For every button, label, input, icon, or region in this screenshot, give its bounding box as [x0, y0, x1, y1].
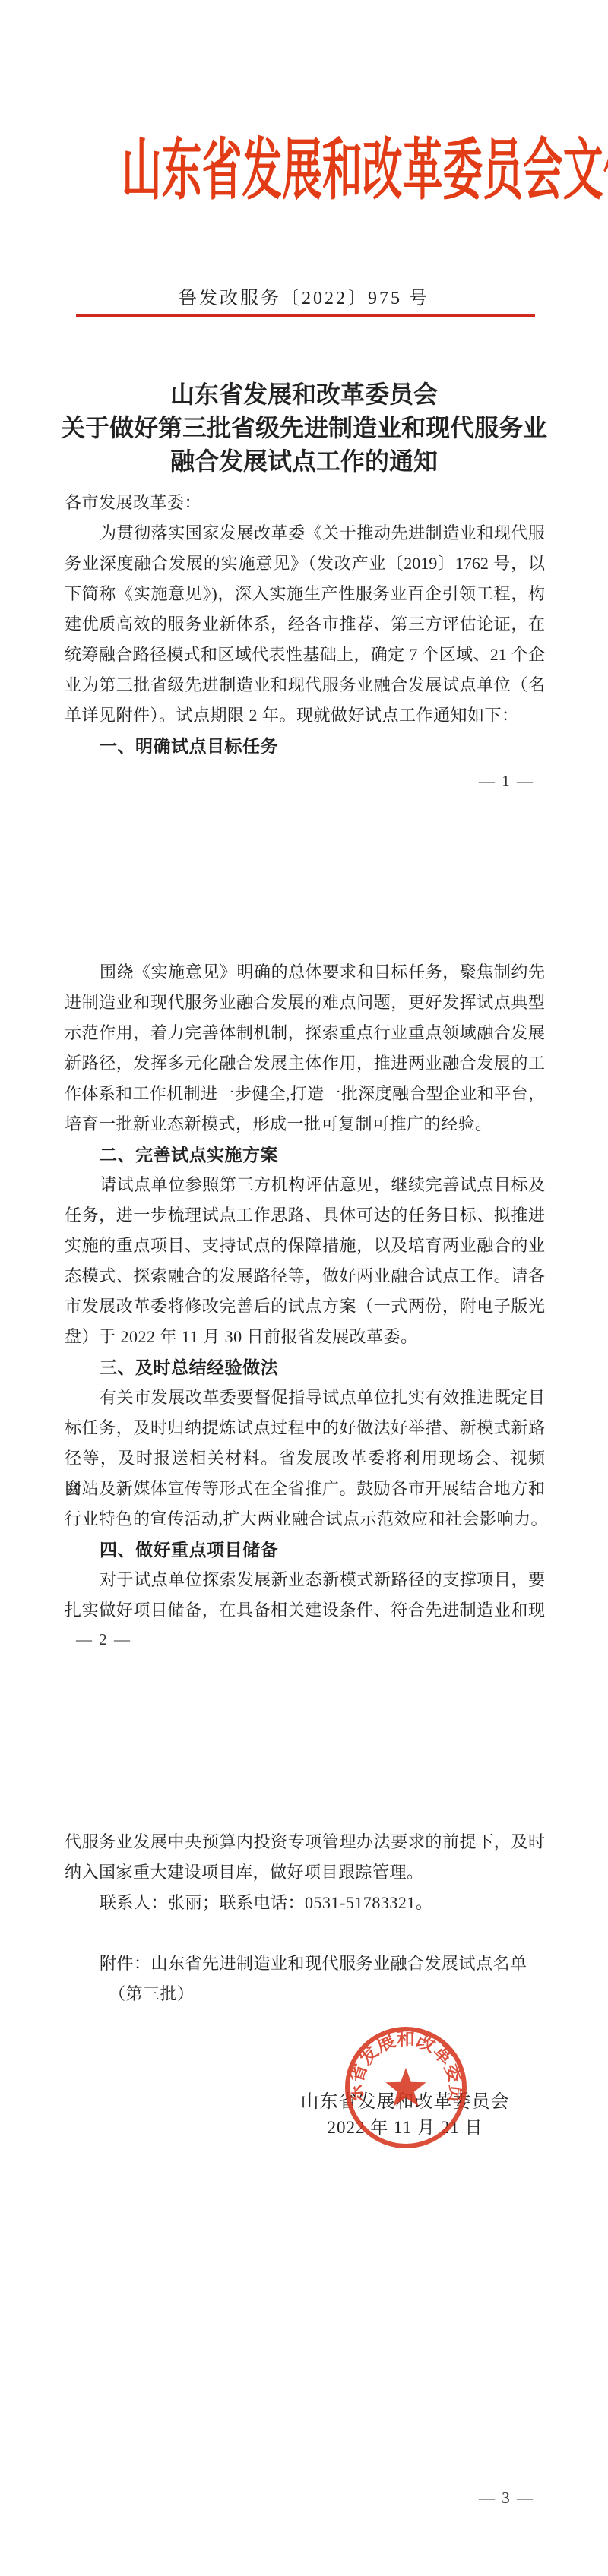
- page-3-number: — 3 —: [479, 2489, 534, 2508]
- text-line: 联系人：张丽；联系电话：0531-51783321。: [65, 1888, 545, 1918]
- text-line: 代服务业发展中央预算内投资专项管理办法要求的前提下，及时: [65, 1827, 545, 1857]
- text-line: 建优质高效的服务业新体系，经各市推荐、第三方评估论证，在: [65, 609, 545, 640]
- scanned-document: 山东省发展和改革委员会文件 鲁发改服务〔2022〕975 号 山东省发展和改革委…: [0, 0, 608, 2576]
- text-line: 统筹融合路径模式和区域代表性基础上，确定 7 个区域、21 个企: [65, 640, 545, 670]
- text-line: 二、完善试点实施方案: [65, 1139, 545, 1170]
- document-title-line-2: 关于做好第三批省级先进制造业和现代服务业: [0, 411, 608, 444]
- page-2-body: 围绕《实施意见》明确的总体要求和目标任务，聚焦制约先进制造业和现代服务业融合发展…: [65, 957, 545, 1626]
- text-line: 进制造业和现代服务业融合发展的难点问题，更好发挥试点典型: [65, 988, 545, 1018]
- text-line: 径等，及时报送相关材料。省发展改革委将利用现场会、视频会、: [65, 1443, 545, 1474]
- text-line: 务业深度融合发展的实施意见》（发改产业〔2019〕1762 号，以: [65, 548, 545, 579]
- page-1-number: — 1 —: [479, 772, 534, 791]
- text-line: 盘）于 2022 年 11 月 30 日前报省发展改革委。: [65, 1322, 545, 1352]
- text-line: 任务，进一步梳理试点工作思路、具体可达的任务目标、拟推进: [65, 1200, 545, 1231]
- text-line: 市发展改革委将修改完善后的试点方案（一式两份，附电子版光: [65, 1291, 545, 1322]
- letterhead-title: 山东省发展和改革委员会文件: [122, 134, 486, 210]
- text-line: 作体系和工作机制进一步健全,打造一批深度融合型企业和平台，: [65, 1079, 545, 1109]
- text-line: 态模式、探索融合的发展路径等，做好两业融合试点工作。请各: [65, 1261, 545, 1291]
- text-line: 实施的重点项目、支持试点的保障措施，以及培育两业融合的业: [65, 1231, 545, 1261]
- seal-star-icon: [385, 2068, 426, 2107]
- text-line: 四、做好重点项目储备: [65, 1535, 545, 1565]
- text-line: 行业特色的宣传活动,扩大两业融合试点示范效应和社会影响力。: [65, 1504, 545, 1535]
- page-1-body: 各市发展改革委：为贯彻落实国家发展改革委《关于推动先进制造业和现代服务业深度融合…: [65, 488, 545, 761]
- text-line: 三、及时总结经验做法: [65, 1352, 545, 1383]
- text-line: 一、明确试点目标任务: [65, 731, 545, 761]
- text-line: [65, 1918, 545, 1949]
- text-line: 纳入国家重大建设项目库，做好项目跟踪管理。: [65, 1857, 545, 1888]
- text-line: 有关市发展改革委要督促指导试点单位扎实有效推进既定目: [65, 1383, 545, 1413]
- text-line: 下简称《实施意见》)，深入实施生产性服务业百企引领工程，构: [65, 579, 545, 609]
- text-line: （第三批）: [65, 1979, 545, 2009]
- document-title-line-3: 融合发展试点工作的通知: [0, 444, 608, 478]
- text-line: 为贯彻落实国家发展改革委《关于推动先进制造业和现代服: [65, 518, 545, 548]
- text-line: 单详见附件）。试点期限 2 年。现就做好试点工作通知如下：: [65, 700, 545, 731]
- text-line: 附件：山东省先进制造业和现代服务业融合发展试点名单: [65, 1949, 545, 1979]
- letterhead-divider: [76, 314, 535, 317]
- text-line: 对于试点单位探索发展新业态新模式新路径的支撑项目，要: [65, 1565, 545, 1595]
- text-line: 标任务，及时归纳提炼试点过程中的好做法好举措、新模式新路: [65, 1413, 545, 1443]
- document-title: 山东省发展和改革委员会 关于做好第三批省级先进制造业和现代服务业 融合发展试点工…: [0, 378, 608, 478]
- document-number: 鲁发改服务〔2022〕975 号: [0, 283, 608, 309]
- text-line: 扎实做好项目储备，在具备相关建设条件、符合先进制造业和现: [65, 1595, 545, 1626]
- page-2-number: — 2 —: [76, 1630, 131, 1649]
- text-line: 培育一批新业态新模式，形成一批可复制可推广的经验。: [65, 1109, 545, 1139]
- text-line: 业为第三批省级先进制造业和现代服务业融合发展试点单位（名: [65, 670, 545, 700]
- text-line: 网站及新媒体宣传等形式在全省推广。鼓励各市开展结合地方和: [65, 1474, 545, 1504]
- document-title-line-1: 山东省发展和改革委员会: [0, 378, 608, 411]
- text-line: 新路径，发挥多元化融合发展主体作用，推进两业融合发展的工: [65, 1048, 545, 1079]
- page-3-body: 代服务业发展中央预算内投资专项管理办法要求的前提下，及时纳入国家重大建设项目库，…: [65, 1827, 545, 2009]
- text-line: 示范作用，着力完善体制机制，探索重点行业重点领域融合发展: [65, 1018, 545, 1048]
- text-line: 各市发展改革委：: [65, 488, 545, 518]
- text-line: 围绕《实施意见》明确的总体要求和目标任务，聚焦制约先: [65, 957, 545, 988]
- official-seal: 山东省发展和改革委员会: [341, 2023, 470, 2152]
- text-line: 请试点单位参照第三方机构评估意见，继续完善试点目标及: [65, 1170, 545, 1200]
